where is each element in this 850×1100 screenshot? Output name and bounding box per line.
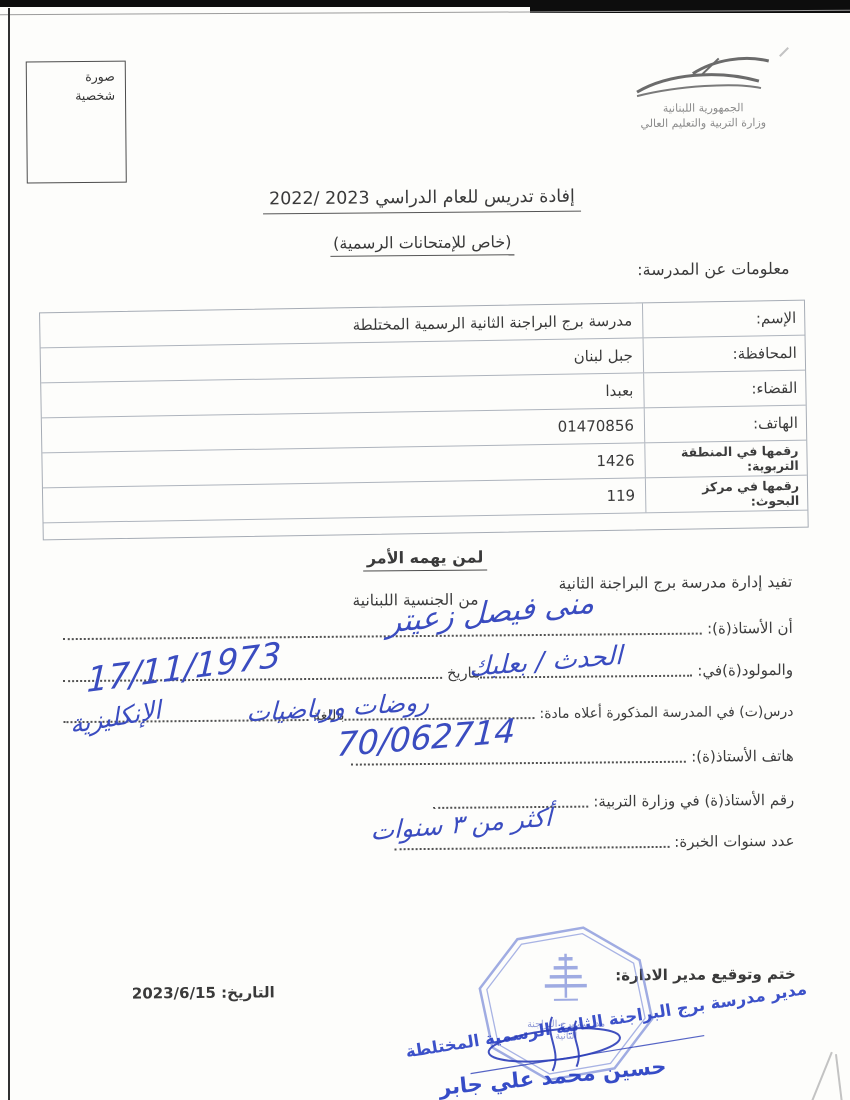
dotted-line — [394, 846, 669, 850]
title-text: إفادة تدريس للعام الدراسي — [375, 187, 575, 209]
experience-label: عدد سنوات الخبرة: — [674, 832, 794, 851]
born-label: والمولود(ة)في: — [697, 661, 793, 680]
date-line: التاريخ: 2023/6/15 — [132, 983, 275, 1002]
row-label-name: الإسم: — [642, 301, 805, 338]
date-label: التاريخ: — [221, 983, 275, 1001]
row-label-district-number: رقمها في المنطقة التربوية: — [644, 441, 807, 478]
phone-label: هاتف الأستاذ(ة): — [691, 747, 794, 766]
document-subtitle: (خاص للإمتحانات الرسمية) — [330, 232, 515, 257]
ministry-number-label: رقم الأستاذ(ة) في وزارة التربية: — [593, 791, 794, 811]
scanned-document-page: صورة شخصية الجمهورية اللبنانية وزارة الت… — [0, 0, 850, 1100]
logo-text-republic: الجمهورية اللبنانية — [618, 101, 788, 117]
row-label-governorate: المحافظة: — [643, 336, 806, 373]
school-info-table: الإسم: مدرسة برج البراجنة الثانية الرسمي… — [39, 300, 809, 541]
to-whom-heading: لمن يهمه الأمر — [363, 547, 488, 571]
document-content: صورة شخصية الجمهورية اللبنانية وزارة الت… — [0, 0, 850, 1100]
date-value: 2023/6/15 — [132, 984, 216, 1003]
row-label-district: القضاء: — [643, 371, 806, 408]
title-academic-year: 2022/ 2023 — [269, 188, 370, 209]
handwritten-language: الإنكليزية — [69, 695, 162, 739]
teacher-label: أن الأستاذ(ة): — [707, 619, 793, 638]
taught-label: درس(ت) في المدرسة المذكورة أعلاه مادة: — [539, 704, 793, 722]
logo-text-ministry: وزارة التربية والتعليم العالي — [618, 116, 788, 132]
handwritten-birth-date: 17/11/1973 — [86, 635, 282, 701]
to-whom-heading-wrap: لمن يهمه الأمر — [0, 544, 850, 574]
photo-label-line2: شخصية — [37, 86, 115, 105]
row-label-research-number: رقمها في مركز البحوث: — [645, 476, 808, 513]
ministry-logo: الجمهورية اللبنانية وزارة التربية والتعل… — [618, 55, 789, 132]
document-title: إفادة تدريس للعام الدراسي 2022/ 2023 — [263, 187, 581, 215]
photo-label-line1: صورة — [37, 68, 115, 87]
cedar-tree-icon — [545, 954, 587, 1000]
school-info-heading: معلومات عن المدرسة: — [637, 259, 789, 279]
row-label-phone: الهاتف: — [644, 406, 807, 443]
dotted-line — [351, 761, 686, 766]
photo-placeholder-box: صورة شخصية — [26, 61, 127, 184]
open-book-logo-icon — [623, 55, 783, 98]
